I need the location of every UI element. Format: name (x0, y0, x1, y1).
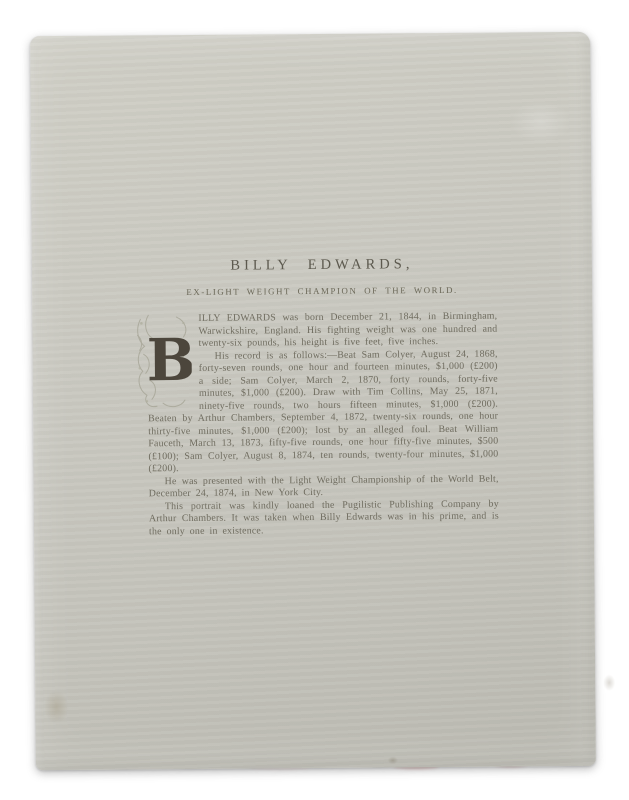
paper-highlight (501, 92, 581, 153)
page-title: BILLY EDWARDS, (147, 257, 497, 274)
drop-cap-letter: B (146, 326, 192, 394)
photo-background: BILLY EDWARDS, EX-LIGHT WEIGHT CHAMPION … (0, 0, 629, 800)
paragraph-portrait: This portrait was kindly loaned the Pugi… (149, 498, 499, 538)
paper-stain (601, 672, 617, 694)
paper-stain (39, 684, 73, 730)
paragraph-record: His record is as follows:—Beat Sam Colye… (148, 348, 499, 476)
body-text: B ILLY EDWARDS was born December 21, 184… (147, 311, 499, 539)
paragraph-birth: B ILLY EDWARDS was born December 21, 184… (147, 311, 497, 351)
page-subtitle: EX-LIGHT WEIGHT CHAMPION OF THE WORLD. (147, 285, 497, 297)
text-block: BILLY EDWARDS, EX-LIGHT WEIGHT CHAMPION … (147, 257, 499, 539)
paper-stain (386, 755, 400, 765)
paragraph-belt: He was presented with the Light Weight C… (149, 473, 499, 501)
ornamental-drop-cap: B (133, 310, 192, 410)
printed-page: BILLY EDWARDS, EX-LIGHT WEIGHT CHAMPION … (30, 32, 596, 770)
paragraph-text: ILLY EDWARDS was born December 21, 1844,… (198, 311, 497, 349)
